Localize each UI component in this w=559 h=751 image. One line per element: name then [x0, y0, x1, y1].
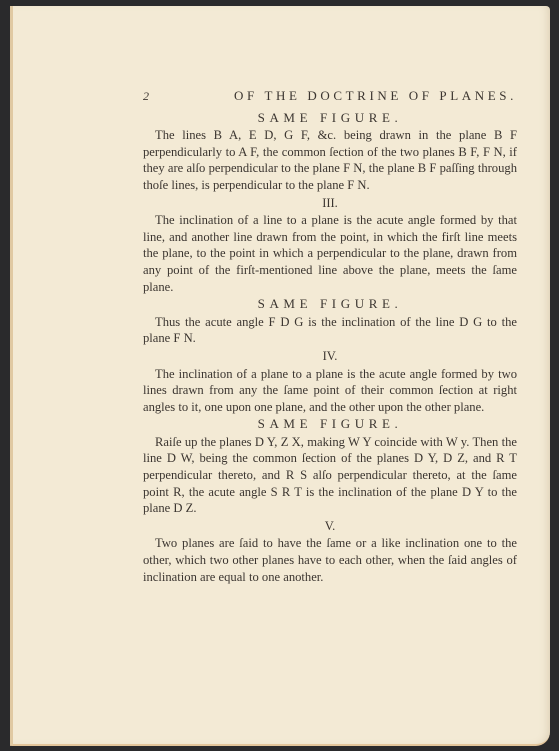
paragraph: Two planes are ſaid to have the ſame or …	[143, 535, 517, 585]
paragraph: The inclination of a plane to a plane is…	[143, 366, 517, 416]
running-head: 2 OF THE DOCTRINE OF PLANES.	[143, 88, 517, 105]
running-head-title: OF THE DOCTRINE OF PLANES.	[171, 88, 517, 105]
paragraph: Raiſe up the planes D Y, Z X, making W Y…	[143, 434, 517, 517]
paragraph: Thus the acute angle F D G is the inclin…	[143, 314, 517, 347]
definition-numeral: III.	[143, 195, 517, 212]
book-page: 2 OF THE DOCTRINE OF PLANES. SAME FIGURE…	[10, 6, 550, 746]
paragraph: The lines B A, E D, G F, &c. being drawn…	[143, 127, 517, 193]
definition-numeral: V.	[143, 518, 517, 535]
paragraph: The inclination of a line to a plane is …	[143, 212, 517, 295]
subheading: SAME FIGURE.	[143, 110, 517, 127]
page-text: 2 OF THE DOCTRINE OF PLANES. SAME FIGURE…	[143, 88, 517, 585]
page-number: 2	[143, 88, 171, 105]
definition-numeral: IV.	[143, 348, 517, 365]
subheading: SAME FIGURE.	[143, 416, 517, 433]
subheading: SAME FIGURE.	[143, 296, 517, 313]
